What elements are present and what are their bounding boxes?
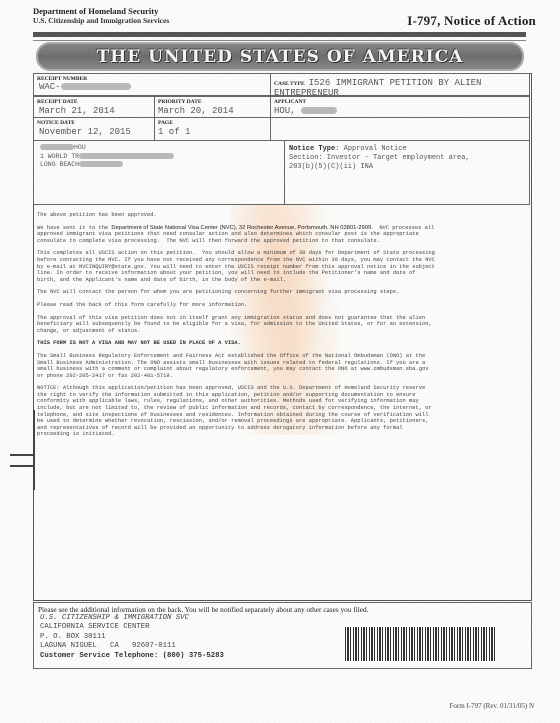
header-rule — [33, 32, 526, 37]
notice-section: Section: Investor - Target employment ar… — [289, 154, 525, 163]
receipt-date-value: March 21, 2014 — [34, 105, 154, 117]
redaction — [40, 144, 74, 150]
office-name: U.S. CITIZENSHIP & IMMIGRATION SVC — [40, 614, 525, 623]
address-line-1: HOU — [40, 144, 278, 153]
applicant-field: APPLICANT HOU, — [270, 96, 530, 118]
priority-date-field: PRIORITY DATE March 20, 2014 — [154, 96, 271, 118]
receipt-number-value: WAC- — [34, 82, 270, 92]
receipt-number-field: RECEIPT NUMBER WAC- — [33, 73, 271, 96]
blank-field — [270, 117, 530, 141]
case-type-field: CASE TYPE I526 IMMIGRANT PETITION BY ALI… — [270, 73, 530, 96]
usa-banner: THE UNITED STATES OF AMERICA — [36, 42, 524, 71]
header-thin-rule — [33, 40, 526, 41]
agency-name: U.S. Citizenship and Immigration Service… — [33, 16, 169, 26]
redaction — [61, 83, 131, 90]
nvc-contact-paragraph: The NVC will contact the person for whom… — [37, 289, 527, 296]
case-type-label: CASE TYPE — [274, 81, 305, 87]
edge-mark — [10, 465, 34, 467]
read-back-paragraph: Please read the back of this form carefu… — [37, 302, 527, 309]
form-revision: Form I-797 (Rev. 01/31/05) N — [449, 702, 534, 710]
barcode — [345, 627, 495, 661]
processing-paragraph: This completes all USCIS action on this … — [37, 250, 527, 283]
priority-date-label: PRIORITY DATE — [155, 97, 270, 105]
notice-body: The above petition has been approved. We… — [37, 212, 527, 438]
notice-date-label: NOTICE DATE — [34, 118, 154, 126]
redaction — [301, 107, 337, 114]
status-disclaimer-paragraph: The approval of this visa petition does … — [37, 315, 527, 335]
address-block: HOU 1 WORLD TR LONG BEACH — [33, 140, 285, 205]
notice-type-block: Notice Type: Approval Notice Section: In… — [284, 140, 530, 205]
page-value: 1 of 1 — [155, 126, 270, 138]
not-a-visa-warning: THIS FORM IS NOT A VISA AND MAY NOT BE U… — [37, 340, 527, 347]
approval-statement: The above petition has been approved. — [37, 212, 527, 219]
ombudsman-paragraph: The Small Business Regulatory Enforcemen… — [37, 353, 527, 379]
receipt-date-field: RECEIPT DATE March 21, 2014 — [33, 96, 155, 118]
applicant-value: HOU, — [271, 105, 529, 117]
receipt-date-label: RECEIPT DATE — [34, 97, 154, 105]
redaction — [79, 161, 123, 167]
address-line-3: LONG BEACH — [40, 161, 278, 170]
notice-type: Notice Type: Approval Notice — [289, 145, 525, 154]
case-type-value-line1: I526 IMMIGRANT PETITION BY ALIEN — [309, 78, 482, 88]
verification-notice-paragraph: NOTICE: Although this application/petiti… — [37, 385, 527, 438]
nvc-paragraph: We have sent it to the Department of Sta… — [37, 225, 527, 245]
form-title: I-797, Notice of Action — [407, 13, 536, 29]
edge-mark — [10, 454, 34, 456]
page-label: PAGE — [155, 118, 270, 126]
receipt-number-label: RECEIPT NUMBER — [34, 74, 270, 82]
priority-date-value: March 20, 2014 — [155, 105, 270, 117]
page-field: PAGE 1 of 1 — [154, 117, 271, 141]
redaction — [79, 153, 174, 159]
additional-info-note: Please see the additional information on… — [34, 603, 531, 614]
department-name: Department of Homeland Security — [33, 6, 158, 16]
applicant-label: APPLICANT — [271, 97, 529, 105]
banner-text: THE UNITED STATES OF AMERICA — [97, 47, 464, 67]
notice-date-value: November 12, 2015 — [34, 126, 154, 138]
address-line-2: 1 WORLD TR — [40, 153, 278, 162]
notice-section-ina: 203(b)(5)(C)(ii) INA — [289, 163, 525, 172]
notice-date-field: NOTICE DATE November 12, 2015 — [33, 117, 155, 141]
edge-mark — [33, 410, 35, 490]
